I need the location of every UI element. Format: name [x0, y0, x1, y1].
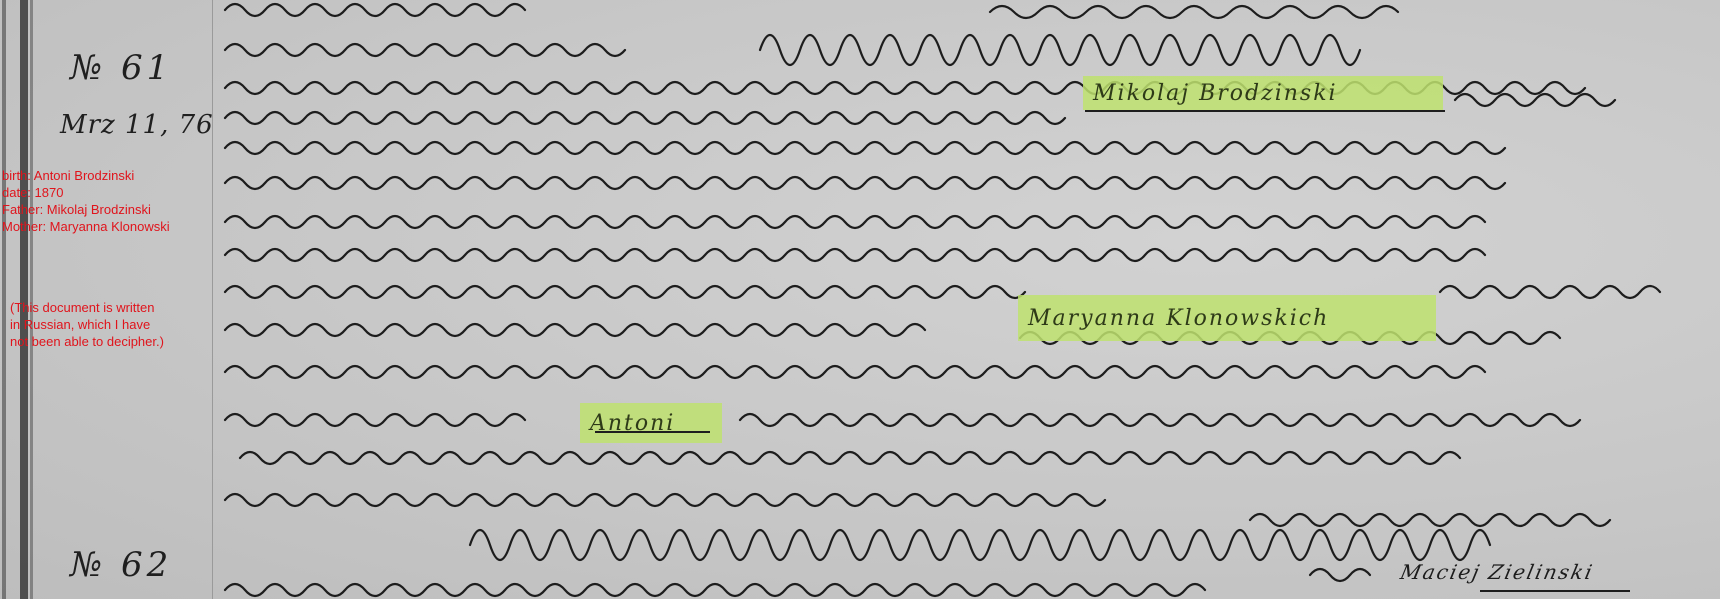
entry-62-name: Maciej Zielinski — [1397, 560, 1703, 590]
name-underline — [1480, 590, 1630, 592]
highlight-child-name: Antoni — [580, 403, 722, 443]
document-scan: № 61 Mrz 11, 76 № 62 birth: Antoni Brodz… — [0, 0, 1720, 599]
handwriting-strokes — [0, 0, 1720, 599]
name-underline — [1085, 110, 1445, 112]
highlight-mother-name: Maryanna Klonowskich — [1018, 295, 1436, 341]
name-underline — [595, 431, 710, 433]
highlight-father-name: Mikolaj Brodzinski — [1083, 76, 1443, 110]
